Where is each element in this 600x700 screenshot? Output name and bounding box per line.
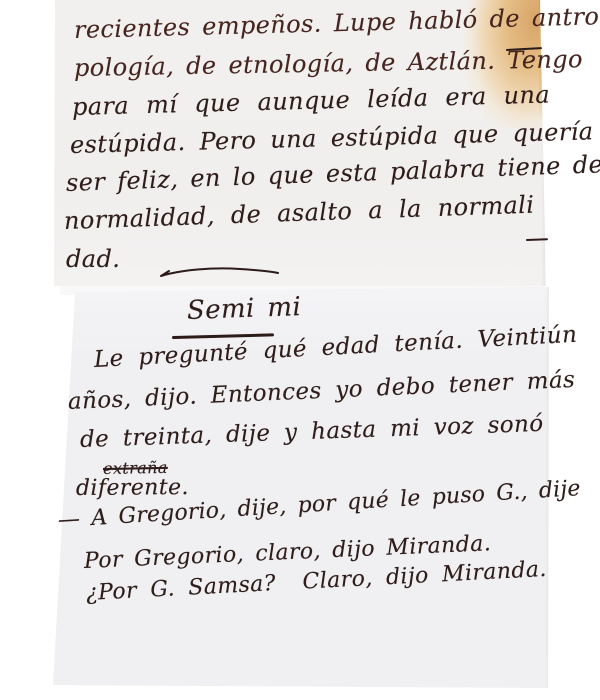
manuscript-line: años, dijo. Entonces yo debo tener más: [67, 367, 575, 415]
manuscript-line: de treinta, dije y hasta mi voz sonó: [80, 411, 544, 453]
manuscript-line: normalidad, de asalto a la normali: [64, 191, 535, 235]
section-divider-stroke: [158, 265, 282, 281]
manuscript-line: dad.: [66, 245, 120, 273]
manuscript-text-layer: recientes empeños. Lupe habló de antro p…: [0, 0, 600, 700]
manuscript-line: recientes empeños. Lupe habló de antro: [74, 2, 600, 44]
manuscript-line: ser feliz, en lo que esta palabra tiene …: [66, 150, 600, 197]
manuscript-line: Le pregunté qué edad tenía. Veintiún: [93, 322, 578, 373]
section-heading: Semi mi: [186, 292, 301, 326]
replacement-word: diferente.: [76, 475, 189, 501]
manuscript-line: para mí que aunque leída era una: [72, 80, 551, 121]
hyphen-underline-mark: [526, 238, 548, 241]
